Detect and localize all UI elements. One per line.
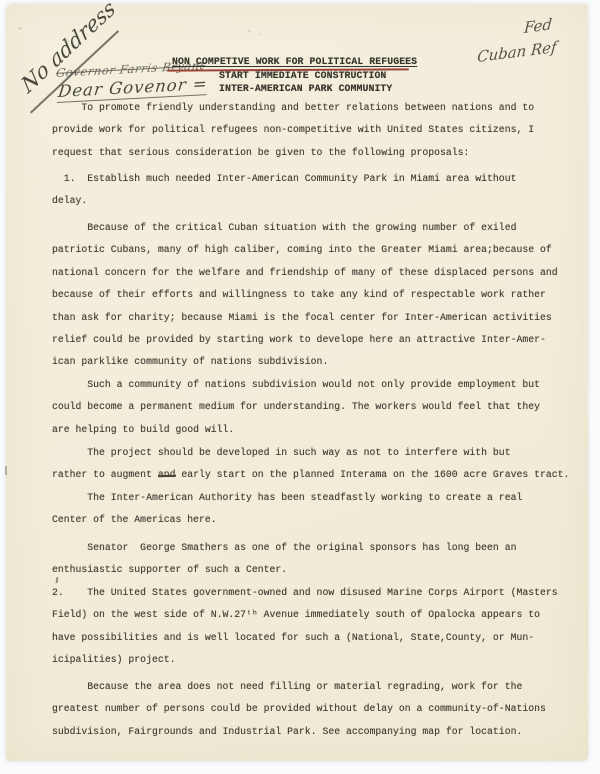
paragraph-project: The project should be developed in such … [52,442,569,487]
scanned-letter-screenshot: { "colors": { "paper": "#f2edd9", "ink":… [0,0,600,774]
paragraph-cuban-situation: Because of the critical Cuban situation … [52,217,558,374]
paragraph-intro: To promote friendly understanding and be… [52,97,534,164]
document-subtitle-1: START IMMEDIATE CONSTRUCTION [219,69,386,83]
paragraph-authority: The Inter-American Authority has been st… [52,487,522,532]
document-subtitle-2: INTER-AMERICAN PARK COMMUNITY [219,82,392,96]
document-title: NON COMPETIVE WORK FOR POLITICAL REFUGEE… [172,55,417,69]
paragraph-area: Because the area does not need filling o… [52,676,546,743]
paragraph-senator: Senator George Smathers as one of the or… [52,537,516,582]
paper-smudge [18,27,22,30]
numbered-item-2: 2. The United States government-owned an… [52,582,558,672]
numbered-item-1: 1. Establish much needed Inter-American … [52,168,516,213]
paper-edge-mark [5,466,7,475]
paper-smudge [63,39,69,43]
paper-smudge [248,30,251,32]
paragraph-community: Such a community of nations subdivision … [52,374,540,441]
paper-smudge [259,33,261,35]
